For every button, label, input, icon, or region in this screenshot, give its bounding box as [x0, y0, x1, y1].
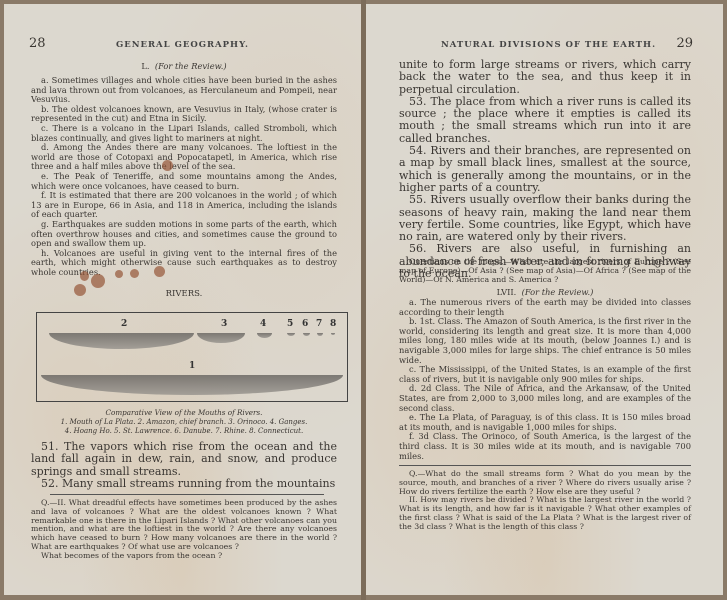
river-mouth-8 [331, 333, 335, 335]
review-paragraph: e. The Peak of Teneriffe, and some mount… [31, 172, 337, 191]
right-page: NATURAL DIVISIONS OF THE EARTH. 29 unite… [366, 4, 723, 595]
river-mouth-7 [317, 333, 323, 336]
paragraph: 52. Many small streams running from the … [31, 478, 337, 490]
river-mouth-5 [287, 333, 295, 336]
main-text: unite to form large streams or rivers, w… [399, 59, 691, 280]
river-number: 1 [189, 361, 195, 371]
review-paragraph: a. The numerous rivers of the earth may … [399, 298, 691, 317]
running-head: GENERAL GEOGRAPHY. [116, 40, 249, 50]
stain [162, 160, 173, 171]
question-paragraph: Q.—II. What dreadful effects have someti… [31, 499, 337, 552]
review-paragraph: d. 2d Class. The Nile of Africa, and the… [399, 384, 691, 413]
review-paragraph: f. 3d Class. The Orinoco, of South Ameri… [399, 432, 691, 461]
review-paragraph: e. The La Plata, of Paraguay, is of this… [399, 413, 691, 432]
paragraph: 51. The vapors which rise from the ocean… [31, 441, 337, 478]
stain [115, 270, 123, 278]
review-paragraph: a. Sometimes villages and whole cities h… [31, 76, 337, 105]
review-paragraph: f. It is estimated that there are 200 vo… [31, 191, 337, 220]
review-paragraph: d. Among the Andes there are many volcan… [31, 143, 337, 172]
river-mouth-2 [49, 333, 194, 349]
rivers-figure: 2 3 4 5 6 7 8 1 [36, 312, 348, 402]
river-mouth-4 [257, 333, 272, 338]
paragraph: 53. The place from which a river runs is… [399, 96, 691, 145]
river-mouth-3 [197, 333, 245, 343]
question-paragraph: What becomes of the vapors from the ocea… [31, 552, 337, 561]
river-number: 3 [221, 319, 227, 329]
paragraph: 54. Rivers and their branches, are repre… [399, 145, 691, 194]
river-number: 6 [302, 319, 308, 329]
questions: Q.—What do the small streams form ? What… [399, 470, 691, 532]
question-paragraph: II. How may rivers be divided ? What is … [399, 496, 691, 531]
divider [399, 465, 691, 466]
river-mouth-6 [303, 333, 310, 336]
running-head: NATURAL DIVISIONS OF THE EARTH. [441, 40, 656, 50]
stain [154, 266, 165, 277]
river-number: 4 [260, 319, 266, 329]
review-section: a. The numerous rivers of the earth may … [399, 298, 691, 461]
section-heading: L. (For the Review.) [31, 62, 337, 72]
review-section: a. Sometimes villages and whole cities h… [31, 76, 337, 277]
question-paragraph: Q.—What do the small streams form ? What… [399, 470, 691, 496]
review-paragraph: c. The Mississippi, of the United States… [399, 365, 691, 384]
page-number: 28 [29, 36, 46, 51]
figure-caption: Comparative View of the Mouths of Rivers… [31, 408, 337, 417]
stain [80, 271, 89, 281]
review-paragraph: h. Volcanoes are useful in giving vent t… [31, 249, 337, 278]
stain [130, 269, 139, 278]
stain [91, 274, 105, 288]
paragraph: 55. Rivers usually overflow their banks … [399, 194, 691, 243]
divider [50, 494, 324, 495]
left-page: 28 GENERAL GEOGRAPHY. L. (For the Review… [4, 4, 361, 595]
questions: Q.—II. What dreadful effects have someti… [31, 499, 337, 561]
river-number: 2 [121, 319, 127, 329]
river-mouth-1 [41, 375, 343, 395]
river-number: 5 [287, 319, 293, 329]
figure-title: RIVERS. [31, 289, 337, 299]
review-paragraph: b. The oldest volcanoes known, are Vesuv… [31, 105, 337, 124]
page-number: 29 [676, 36, 693, 51]
paragraph: unite to form large streams or rivers, w… [399, 59, 691, 96]
review-paragraph: b. 1st. Class. The Amazon of South Ameri… [399, 317, 691, 365]
review-paragraph: g. Earthquakes are sudden motions in som… [31, 220, 337, 249]
review-paragraph: c. There is a volcano in the Lipari Isla… [31, 124, 337, 143]
main-text: 51. The vapors which rise from the ocean… [31, 441, 337, 490]
river-number: 8 [330, 319, 336, 329]
figure-legend: 1. Mouth of La Plata. 2. Amazon, chief b… [31, 418, 337, 435]
map-questions: Questions on the maps.—What are the larg… [399, 258, 691, 284]
river-number: 7 [316, 319, 322, 329]
